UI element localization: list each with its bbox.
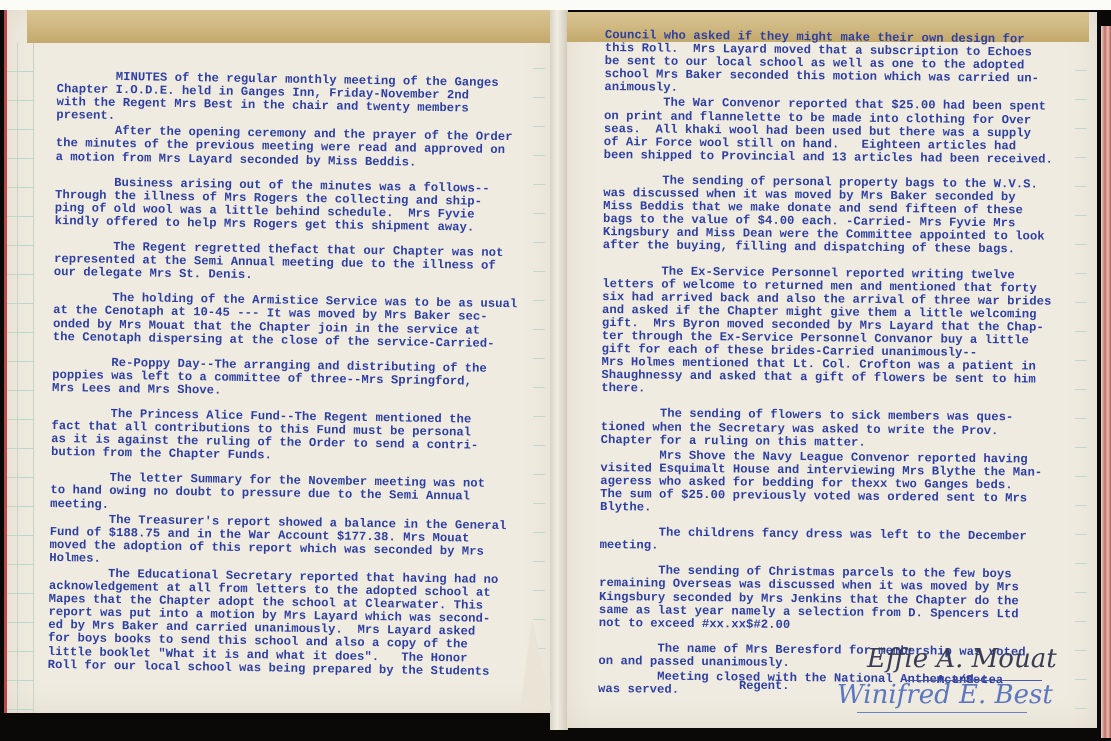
regent-signature: Winifred E. Best: [837, 680, 1053, 710]
right-page-text: Council who asked if they might make the…: [598, 29, 1054, 701]
minutes-paragraph: The Educational Secretary reported that …: [48, 567, 514, 679]
right-page: Council who asked if they might make the…: [567, 12, 1097, 728]
minutes-paragraph: The Treasurer's report showed a balance …: [49, 513, 514, 573]
book-page-edges: [1101, 26, 1111, 738]
minutes-paragraph: The Ex-Service Personnel reported writin…: [601, 264, 1052, 400]
scan-background: [0, 0, 1111, 10]
minutes-paragraph: The sending of personal property bags to…: [603, 174, 1053, 257]
minutes-paragraph: MINUTES of the regular monthly meeting o…: [56, 70, 521, 130]
ledger-edge-rule: [1075, 42, 1087, 728]
minutes-paragraph: The holding of the Armistice Service was…: [53, 291, 518, 351]
ledger-edge-rule: [533, 40, 545, 713]
minutes-paragraph: The sending of flowers to sick members w…: [601, 407, 1051, 451]
secretary-signature: Effie A. Mouat: [867, 644, 1057, 674]
tape-strip: [27, 10, 555, 43]
minutes-paragraph: The Princess Alice Fund--The Regent ment…: [51, 407, 516, 467]
signature-underline: [857, 712, 1027, 713]
folded-page-corner: [520, 618, 552, 710]
minutes-paragraph: Business arising out of the minutes was …: [55, 176, 520, 236]
left-page-text: MINUTES of the regular monthly meeting o…: [48, 70, 521, 679]
minutes-paragraph: After the opening ceremony and the praye…: [56, 124, 520, 171]
minutes-paragraph: Mrs Shove the Navy League Convenor repor…: [600, 449, 1050, 519]
minutes-paragraph: The Regent regretted thefact that our Ch…: [54, 240, 518, 287]
minutes-paragraph: The sending of Christmas parcels to the …: [599, 564, 1049, 634]
left-page: MINUTES of the regular monthly meeting o…: [4, 10, 555, 713]
book-spine: [550, 10, 568, 730]
minutes-paragraph: Council who asked if they might make the…: [604, 29, 1054, 99]
regent-label: Regent.: [739, 679, 789, 693]
minutes-paragraph: Re-Poppy Day--The arranging and distribu…: [52, 356, 516, 403]
ledger-margin-grid: [7, 43, 34, 713]
minutes-paragraph: The War Convenor reported that $25.00 ha…: [604, 96, 1054, 166]
